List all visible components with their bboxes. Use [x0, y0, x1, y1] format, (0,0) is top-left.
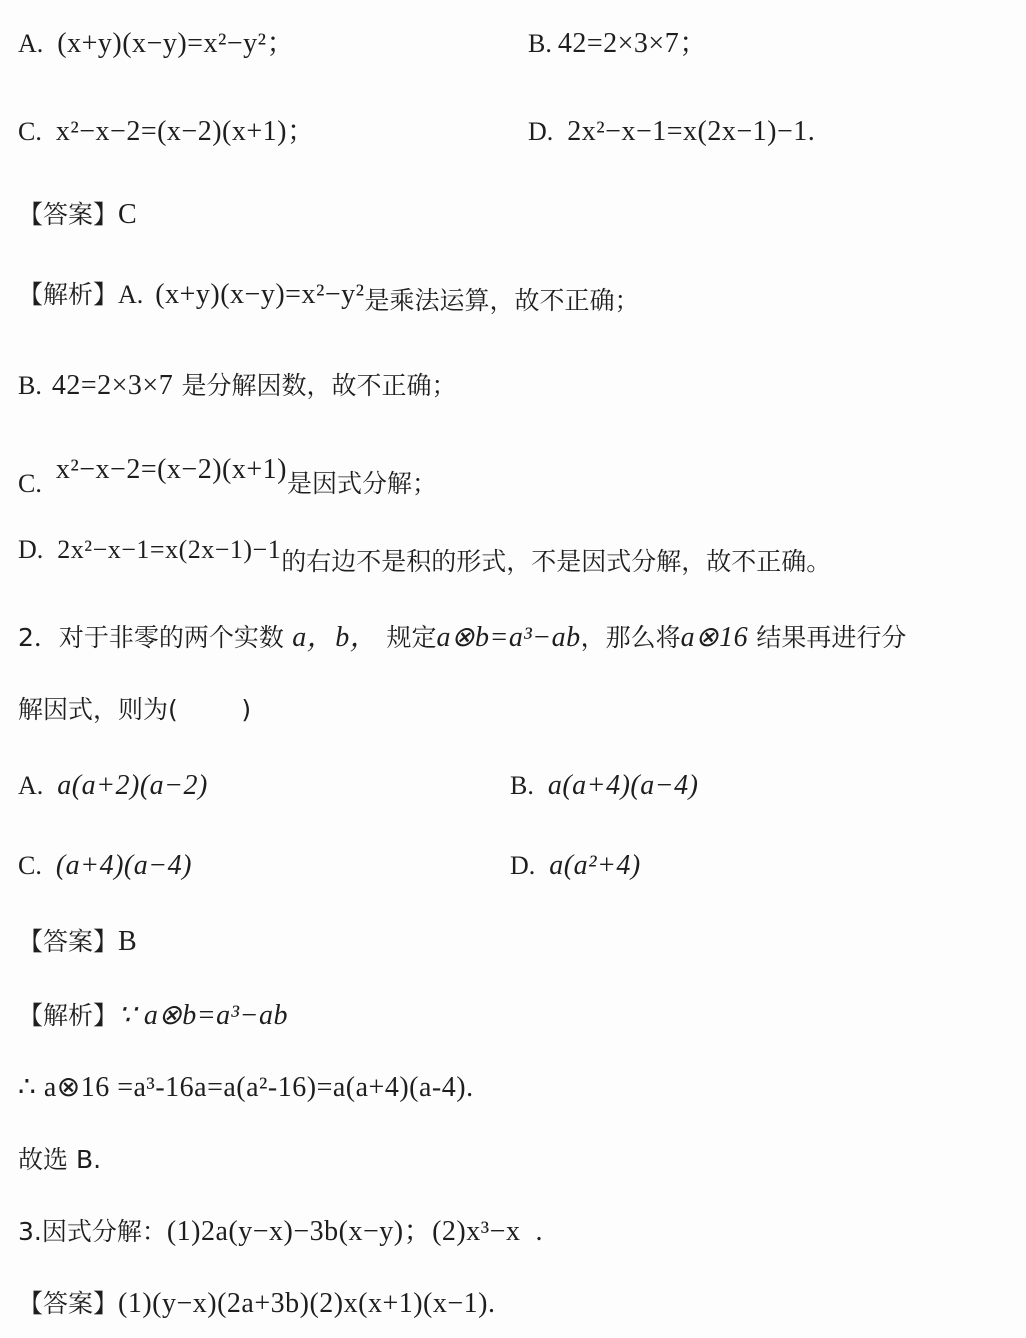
analysis-text: 是乘法运算，故不正确； — [365, 286, 640, 315]
q1-option-c: C.x²−x−2=(x−2)(x+1)； — [18, 112, 316, 152]
stem-text: 解因式，则为( ) — [18, 695, 251, 724]
option-label: A. — [118, 280, 143, 309]
stem-vars: a，b， — [292, 622, 378, 653]
option-expression: x²−x−2=(x−2)(x+1)； — [56, 116, 316, 147]
q2-stem-line2: 解因式，则为( ) — [18, 690, 251, 730]
answer-tag: 【答案】 — [18, 927, 118, 956]
answer-tag: 【答案】 — [18, 1289, 118, 1318]
option-label: D. — [18, 535, 43, 564]
q1-analysis-a: 【解析】A.(x+y)(x−y)=x²−y²是乘法运算，故不正确； — [18, 275, 640, 321]
option-label: C. — [18, 469, 42, 498]
q2-option-b: B.a(a+4)(a−4) — [510, 766, 698, 806]
q3-stem: 3.因式分解：(1)2a(y−x)−3b(x−y)；(2)x³−x . — [18, 1212, 543, 1252]
q1-answer: 【答案】C — [18, 195, 137, 235]
option-expression: (x+y)(x−y)=x²−y²； — [57, 28, 295, 59]
q2-stem-line1: 2．对于非零的两个实数 a，b， 规定a⊗b=a³−ab，那么将a⊗16 结果再… — [18, 618, 906, 658]
stem-text: 2．对于非零的两个实数 — [18, 623, 284, 652]
option-label: B. — [18, 371, 42, 400]
analysis-tag: 【解析】 — [18, 1001, 118, 1030]
q1-option-d: D.2x²−x−1=x(2x−1)−1. — [528, 112, 815, 152]
option-label: D. — [528, 117, 553, 146]
option-label: A. — [18, 771, 43, 800]
answer-tag: 【答案】 — [18, 200, 118, 229]
option-label: D. — [510, 851, 535, 880]
option-label: C. — [18, 117, 42, 146]
option-expression: a(a+4)(a−4) — [548, 770, 699, 801]
analysis-text: 是因式分解； — [287, 469, 437, 498]
conclusion-text: 故选 B. — [18, 1145, 101, 1174]
q2-conclusion: 故选 B. — [18, 1140, 101, 1180]
analysis-expression: (x+y)(x−y)=x²−y² — [155, 279, 364, 310]
option-label: C. — [18, 851, 42, 880]
option-expression: 42=2×3×7； — [558, 28, 708, 59]
option-expression: a(a²+4) — [549, 850, 640, 881]
stem-text: ，那么将 — [581, 623, 681, 652]
option-label: B. — [510, 771, 534, 800]
q1-analysis-d: D.2x²−x−1=x(2x−1)−1的右边不是积的形式，不是因式分解，故不正确… — [18, 530, 831, 570]
analysis-tag: 【解析】 — [18, 280, 118, 309]
option-expression: 2x²−x−1=x(2x−1)−1. — [567, 116, 815, 147]
option-label: A. — [18, 29, 43, 58]
stem-definition: a⊗b=a³−ab — [436, 622, 580, 653]
q1-analysis-c: C.x²−x−2=(x−2)(x+1)是因式分解； — [18, 450, 437, 490]
q2-option-a: A.a(a+2)(a−2) — [18, 766, 208, 806]
q2-answer: 【答案】B — [18, 922, 137, 962]
option-expression: (a+4)(a−4) — [56, 850, 192, 881]
stem-text: 结果再进行分 — [756, 623, 906, 652]
q2-option-c: C.(a+4)(a−4) — [18, 846, 192, 886]
q1-option-a: A.(x+y)(x−y)=x²−y²； — [18, 24, 295, 64]
analysis-expression: 2x²−x−1=x(2x−1)−1 — [57, 535, 281, 564]
analysis-expression: ∴ a⊗16 =a³-16a=a(a²-16)=a(a+4)(a-4). — [18, 1072, 474, 1103]
q3-answer: 【答案】(1)(y−x)(2a+3b)(2)x(x+1)(x−1). — [18, 1284, 496, 1324]
q1-option-b: B.42=2×3×7； — [528, 24, 708, 64]
option-label: B. — [528, 29, 552, 58]
analysis-expression: ∵ a⊗b=a³−ab — [118, 1000, 288, 1031]
analysis-expression: x²−x−2=(x−2)(x+1) — [56, 454, 287, 485]
stem-text: 规定 — [386, 623, 436, 652]
q1-analysis-b: B.42=2×3×7 是分解因数，故不正确； — [18, 366, 457, 406]
stem-operation: a⊗16 — [681, 622, 748, 653]
q2-analysis-line2: ∴ a⊗16 =a³-16a=a(a²-16)=a(a+4)(a-4). — [18, 1068, 474, 1108]
stem-text: 3.因式分解： — [18, 1217, 167, 1246]
option-expression: a(a+2)(a−2) — [57, 770, 208, 801]
analysis-expression: 42=2×3×7 — [52, 370, 173, 401]
analysis-text: 是分解因数，故不正确； — [181, 371, 456, 400]
analysis-text: 的右边不是积的形式，不是因式分解，故不正确。 — [281, 547, 831, 576]
answer-value: C — [118, 199, 137, 230]
q2-analysis-line1: 【解析】∵ a⊗b=a³−ab — [18, 996, 288, 1036]
answer-value: B — [118, 926, 137, 957]
answer-value: (1)(y−x)(2a+3b)(2)x(x+1)(x−1). — [118, 1288, 495, 1319]
stem-expression: (1)2a(y−x)−3b(x−y)；(2)x³−x . — [167, 1216, 543, 1247]
q2-option-d: D.a(a²+4) — [510, 846, 641, 886]
